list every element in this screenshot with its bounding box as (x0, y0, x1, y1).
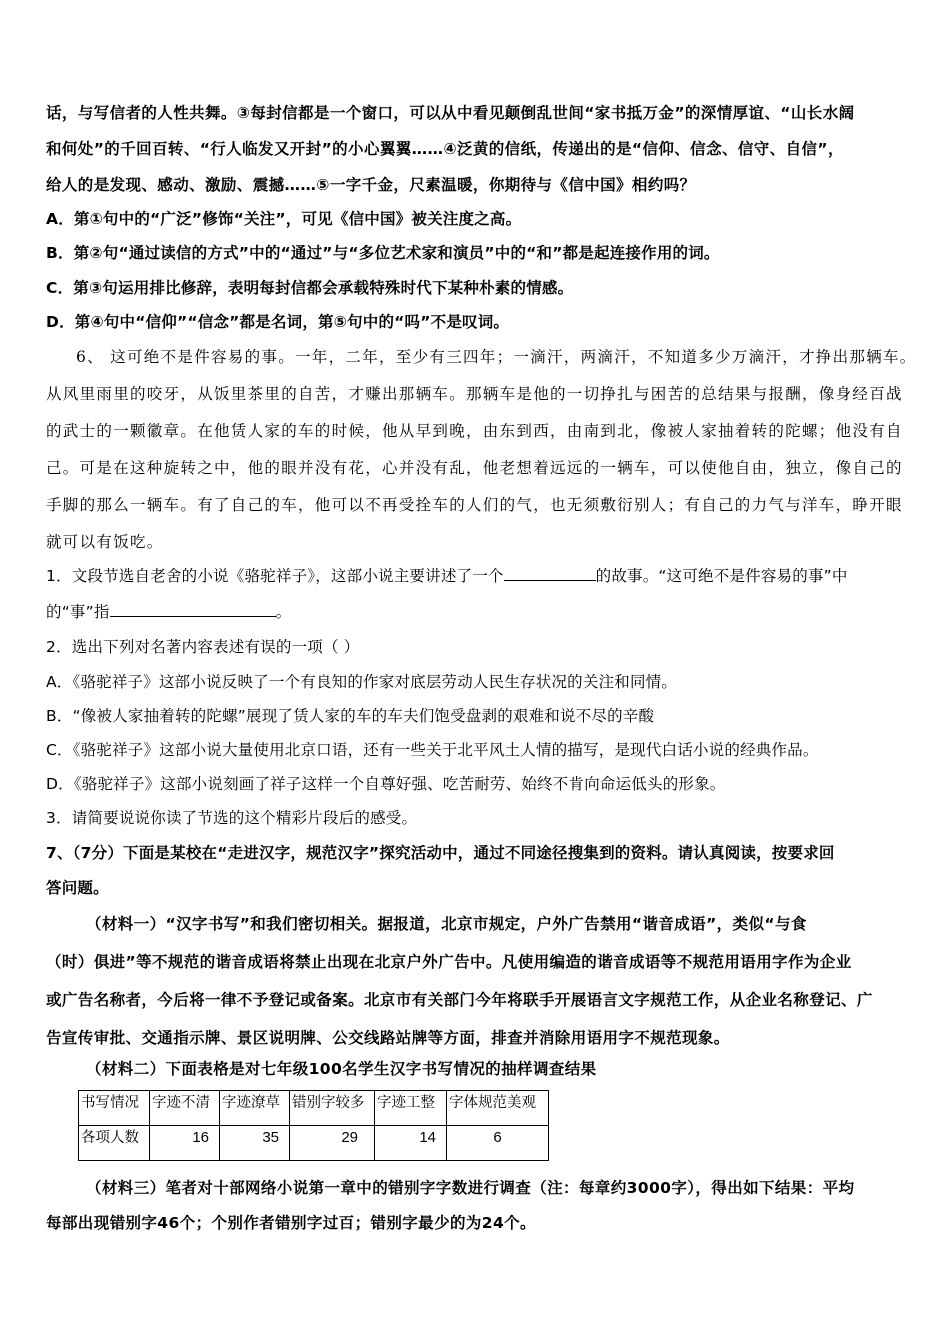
table-header-cell: 字迹工整 (375, 1091, 447, 1126)
q7-stem-line-2: 答问题。 (46, 878, 910, 898)
q6-sub1-line-2: 的“事”指。 (46, 602, 910, 622)
table-header-cell: 字体规范美观 (447, 1091, 549, 1126)
q6-sub1-text-d: 。 (276, 603, 292, 621)
table-header-cell: 字迹不清 (150, 1091, 220, 1126)
q6-sub1-text-c: 的“事”指 (46, 603, 110, 621)
q5-option-a: A．第①句中的“广泛”修饰“关注”，可见《信中国》被关注度之高。 (46, 209, 910, 229)
q7-material3-line-1: （材料三）笔者对十部网络小说第一章中的错别字字数进行调查（注：每章约3000字）… (86, 1178, 950, 1198)
q6-sub1-answer-blank-2[interactable] (110, 602, 276, 617)
table-header-cell: 字迹潦草 (220, 1091, 290, 1126)
q6-passage-line-5: 手脚的那么一辆车。有了自己的车，他可以不再受拴车的人们的气，也无须敷衍别人；有自… (46, 495, 910, 515)
q6-passage-line-2: 从风里雨里的咬牙，从饭里茶里的自苦，才赚出那辆车。那辆车是他的一切挣扎与困苦的总… (46, 384, 910, 404)
q5-option-d: D．第④句中“信仰”“信念”都是名词，第⑤句中的“吗”不是叹词。 (46, 312, 910, 332)
q7-stem-line-1: 7、（7分）下面是某校在“走进汉字，规范汉字”探究活动中，通过不同途径搜集到的资… (46, 843, 910, 863)
q5-passage-line-1: 话，与写信者的人性共舞。③每封信都是一个窗口，可以从中看见颠倒乱世间“家书抵万金… (46, 103, 910, 123)
q7-material1-line-4: 告宣传审批、交通指示牌、景区说明牌、公交线路站牌等方面，排查并消除用语用字不规范… (46, 1028, 910, 1048)
q6-sub2-option-c: C．《骆驼祥子》这部小说大量使用北京口语，还有一些关于北平风土人情的描写，是现代… (46, 740, 910, 760)
table-header-cell: 错别字较多 (290, 1091, 375, 1126)
table-cell: 16 (150, 1126, 220, 1161)
q7-material2-title: （材料二）下面表格是对七年级100名学生汉字书写情况的抽样调查结果 (86, 1059, 950, 1079)
q5-passage-line-2: 和何处”的千回百转、“行人临发又开封”的小心翼翼……④泛黄的信纸，传递出的是“信… (46, 139, 910, 159)
q6-passage-line-3: 的武士的一颗徽章。在他赁人家的车的时候，他从早到晚，由东到西，由南到北，像被人家… (46, 421, 910, 441)
q6-sub1-line-1: 1．文段节选自老舍的小说《骆驼祥子》，这部小说主要讲述了一个的故事。“这可绝不是… (46, 566, 910, 586)
q7-material1-line-3: 或广告名称者，今后将一律不予登记或备案。北京市有关部门今年将联手开展语言文字规范… (46, 990, 910, 1010)
q6-sub1-answer-blank-1[interactable] (504, 566, 596, 581)
table-cell: 35 (220, 1126, 290, 1161)
q6-sub2-option-b: B．“像被人家抽着转的陀螺”展现了赁人家的车的车夫们饱受盘剥的艰难和说不尽的辛酸 (46, 706, 910, 726)
q6-passage-line-4: 己。可是在这种旋转之中，他的眼并没有花，心并没有乱，他老想着远远的一辆车，可以使… (46, 458, 910, 478)
survey-table: 书写情况 字迹不清 字迹潦草 错别字较多 字迹工整 字体规范美观 各项人数 16… (78, 1090, 549, 1161)
q7-material1-line-2: （时）俱进”等不规范的谐音成语将禁止出现在北京户外广告中。凡使用编造的谐音成语等… (46, 952, 910, 972)
table-header-cell: 书写情况 (79, 1091, 150, 1126)
q6-sub1-text-b: 的故事。“这可绝不是件容易的事”中 (596, 567, 848, 585)
q5-option-c: C．第③句运用排比修辞，表明每封信都会承载特殊时代下某种朴素的情感。 (46, 278, 910, 298)
q6-passage-line-6: 就可以有饭吃。 (46, 532, 910, 552)
q6-sub2-stem: 2．选出下列对名著内容表述有误的一项（ ） (46, 637, 910, 657)
exam-page: 话，与写信者的人性共舞。③每封信都是一个窗口，可以从中看见颠倒乱世间“家书抵万金… (0, 0, 950, 1344)
q6-sub2-option-a: A．《骆驼祥子》这部小说反映了一个有良知的作家对底层劳动人民生存状况的关注和同情… (46, 672, 910, 692)
q5-option-b: B．第②句“通过读信的方式”中的“通过”与“多位艺术家和演员”中的“和”都是起连… (46, 243, 910, 263)
q7-material1-line-1: （材料一）“汉字书写”和我们密切相关。据报道，北京市规定，户外广告禁用“谐音成语… (86, 914, 950, 934)
table-row-label: 各项人数 (79, 1126, 150, 1161)
q7-material3-line-2: 每部出现错别字46个；个别作者错别字过百；错别字最少的为24个。 (46, 1213, 910, 1233)
table-cell: 14 (375, 1126, 447, 1161)
table-cell: 6 (447, 1126, 549, 1161)
table-header-row: 书写情况 字迹不清 字迹潦草 错别字较多 字迹工整 字体规范美观 (79, 1091, 549, 1126)
table-row: 各项人数 16 35 29 14 6 (79, 1126, 549, 1161)
q5-passage-line-3: 给人的是发现、感动、激励、震撼……⑤一字千金，尺素温暖，你期待与《信中国》相约吗… (46, 175, 910, 195)
q6-sub3-stem: 3．请简要说说你读了节选的这个精彩片段后的感受。 (46, 808, 910, 828)
table-cell: 29 (290, 1126, 375, 1161)
q6-sub2-option-d: D．《骆驼祥子》这部小说刻画了祥子这样一个自尊好强、吃苦耐劳、始终不肯向命运低头… (46, 774, 910, 794)
q6-sub1-text-a: 1．文段节选自老舍的小说《骆驼祥子》，这部小说主要讲述了一个 (46, 567, 504, 585)
q6-passage-line-1: 6、 这可绝不是件容易的事。一年，二年，至少有三四年；一滴汗，两滴汗，不知道多少… (76, 347, 940, 367)
